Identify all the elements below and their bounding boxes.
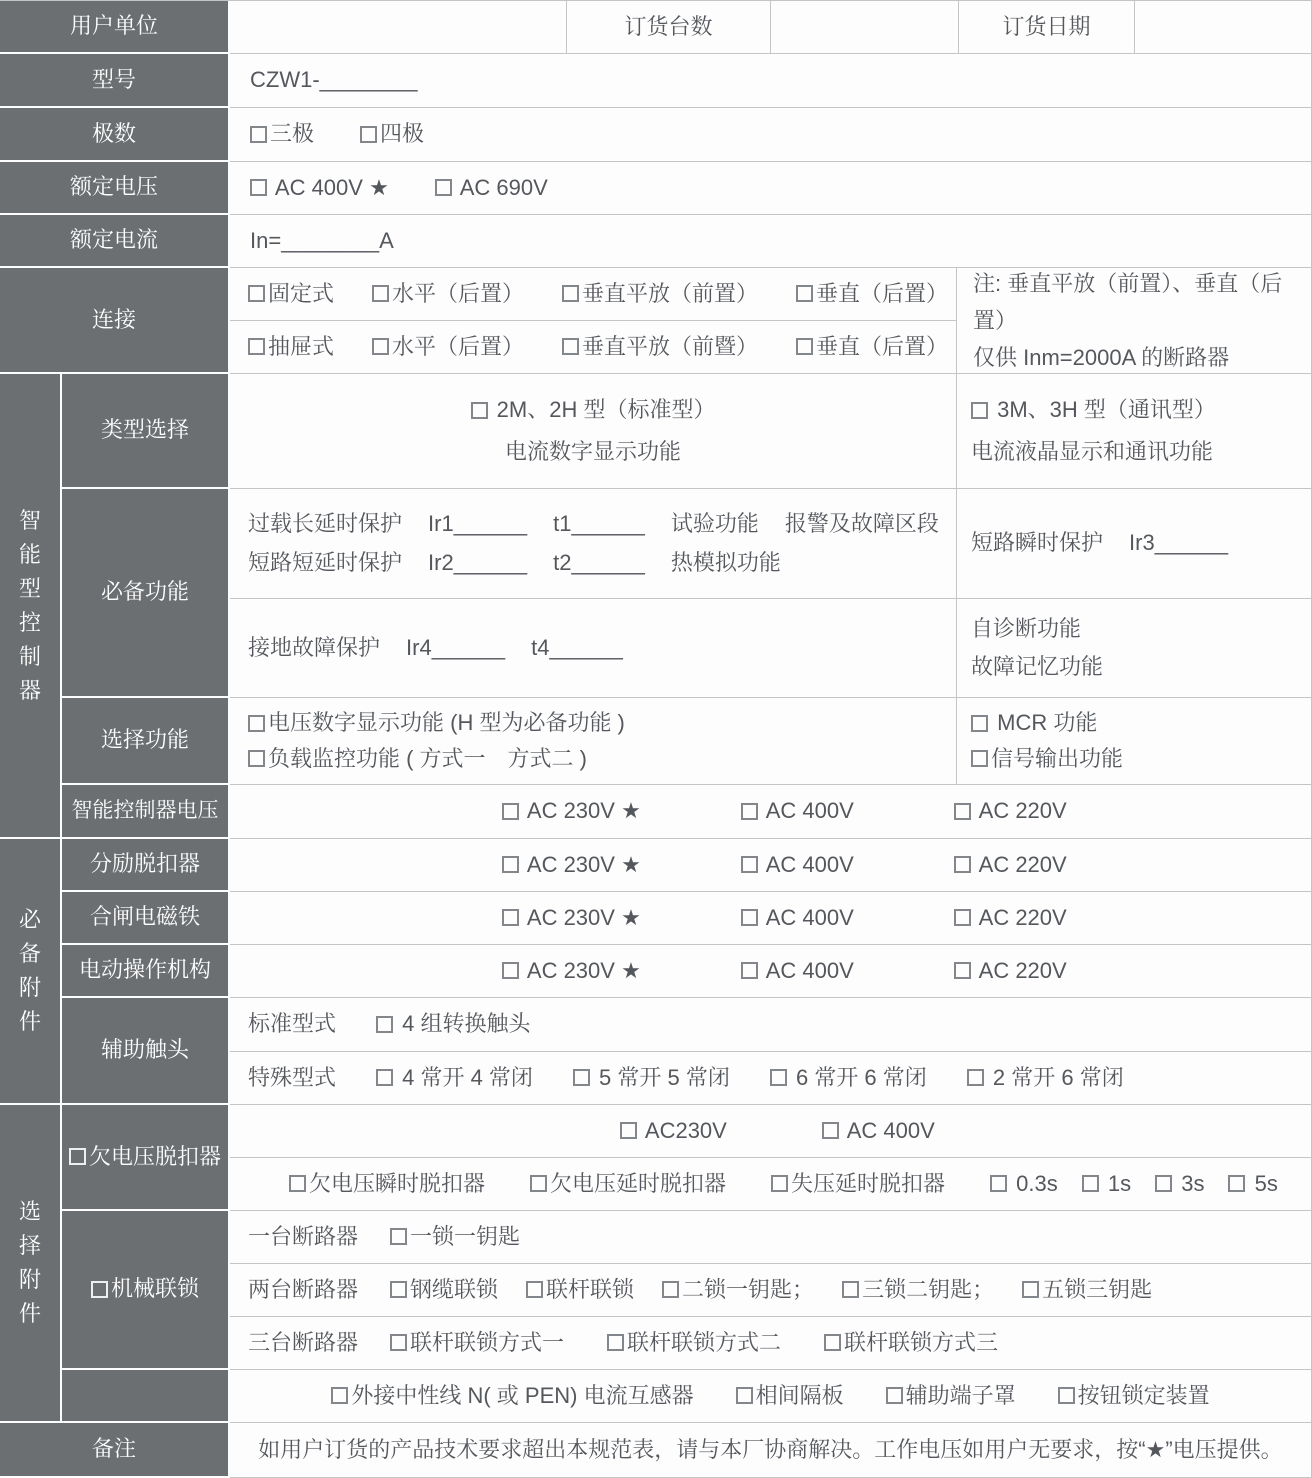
optional-accessories-group-label-text: 选择附件	[18, 1195, 42, 1331]
checkbox-option[interactable]: 外接中性线 N( 或 PEN) 电流互感器	[331, 1381, 693, 1412]
connection-label-text: 连接	[92, 305, 136, 336]
option-label: 按钮锁定装置	[1078, 1381, 1210, 1412]
option-label: 垂直（后置）	[816, 332, 948, 363]
rated-current-label: 额定电流	[0, 215, 230, 268]
option-label: AC 220V	[974, 903, 1067, 934]
connection-note: 注: 垂直平放（前置）、垂直（后置） 仅供 Inm=2000A 的断路器	[957, 268, 1312, 374]
checkbox-option[interactable]: AC 400V	[741, 903, 854, 934]
order-qty-label-text: 订货台数	[624, 12, 712, 43]
text-segment: 接地故障保护	[248, 633, 380, 664]
type-comm-cell: 3M、3H 型（通讯型） 电流液晶显示和通讯功能	[957, 374, 1312, 489]
checkbox-icon[interactable]	[822, 1122, 839, 1139]
option-label: 欠电压瞬时脱扣器	[309, 1169, 485, 1200]
checkbox-icon[interactable]	[736, 1387, 753, 1404]
checkbox-icon[interactable]	[69, 1148, 86, 1165]
checkbox-option[interactable]: AC 220V	[954, 903, 1067, 934]
rated-voltage-label-text: 额定电压	[70, 172, 158, 203]
shunt-release-label-text: 分励脱扣器	[90, 849, 200, 880]
checkbox-option[interactable]: 信号输出功能	[971, 744, 1123, 775]
checkbox-icon[interactable]	[954, 803, 971, 820]
checkbox-icon[interactable]	[372, 285, 389, 302]
misc-accessories-label-empty	[62, 1370, 230, 1423]
checkbox-icon[interactable]	[248, 285, 265, 302]
checkbox-option[interactable]: 欠电压延时脱扣器	[530, 1169, 726, 1200]
checkbox-icon[interactable]	[376, 1016, 393, 1033]
checkbox-option[interactable]: AC 690V	[435, 173, 548, 204]
option-label: 欠电压延时脱扣器	[550, 1169, 726, 1200]
option-label: 4 组转换触头	[396, 1009, 530, 1040]
option-label: 钢缆联锁	[410, 1275, 498, 1306]
option-label: 二锁一钥匙；	[682, 1275, 814, 1306]
option-label: AC 230V ★	[522, 796, 641, 827]
option-label: 辅助端子罩	[906, 1381, 1016, 1412]
checkbox-option[interactable]: 垂直平放（前暨）	[562, 332, 758, 363]
motor-operator-row: 电动操作机构 AC 230V ★ AC 400V AC 220V	[62, 945, 1312, 998]
rated-current-value-text[interactable]: In=________A	[250, 226, 394, 257]
checkbox-option[interactable]: 水平（后置）	[372, 332, 524, 363]
option-label: 1s	[1102, 1169, 1131, 1200]
checkbox-icon[interactable]	[971, 402, 988, 419]
option-label: 相间隔板	[756, 1381, 844, 1412]
checkbox-option[interactable]: 负载监控功能 ( 方式一 方式二 )	[248, 744, 587, 775]
mechanical-interlock-rows: 机械联锁 一台断路器 一锁一钥匙 两台断路器 钢缆联锁联杆联锁二锁一钥匙；三锁二…	[62, 1211, 1312, 1370]
rated-voltage-row: 额定电压 AC 400V ★ AC 690V	[0, 162, 1312, 215]
option-label: 垂直平放（前暨）	[582, 332, 758, 363]
option-label: MCR 功能	[991, 708, 1097, 739]
checkbox-icon[interactable]	[562, 285, 579, 302]
interlock-three-options: 联杆联锁方式一联杆联锁方式二联杆联锁方式三	[390, 1328, 998, 1359]
option-label: 失压延时脱扣器	[791, 1169, 945, 1200]
remark-text: 如用户订货的产品技术要求超出本规范表，请与本厂协商解决。工作电压如用户无要求，按…	[258, 1435, 1282, 1466]
checkbox-icon[interactable]	[502, 909, 519, 926]
connection-row: 连接 固定式水平（后置）垂直平放（前置）垂直（后置） 抽屉式水平（后置）垂直平放…	[0, 268, 1312, 374]
aux-contacts-rows: 辅助触头 标准型式 4 组转换触头 特殊型式 4 常开 4 常闭 5 常开 5 …	[62, 998, 1312, 1105]
checkbox-icon[interactable]	[662, 1281, 679, 1298]
option-label: AC 220V	[974, 956, 1067, 987]
instantaneous-protection-cell: 短路瞬时保护Ir3______	[957, 489, 1312, 599]
checkbox-option[interactable]: 四极	[360, 119, 424, 150]
option-label: 四极	[380, 119, 424, 150]
checkbox-option[interactable]: 0.3s	[990, 1169, 1058, 1200]
type-standard-cell: 2M、2H 型（标准型） 电流数字显示功能	[230, 374, 957, 489]
text-segment: Ir2______	[428, 548, 527, 579]
option-label: AC 230V ★	[522, 850, 641, 881]
order-qty-input[interactable]	[771, 1, 959, 54]
option-label: 垂直（后置）	[816, 279, 948, 310]
interlock-three-prefix: 三台断路器	[248, 1328, 358, 1359]
text-segment: Ir1______	[428, 509, 527, 540]
optional-functions-right: MCR 功能信号输出功能	[957, 698, 1312, 785]
checkbox-icon[interactable]	[91, 1281, 108, 1298]
checkbox-icon[interactable]	[289, 1175, 306, 1192]
type-standard-desc: 电流数字显示功能	[505, 431, 681, 473]
checkbox-icon[interactable]	[796, 285, 813, 302]
smart-controller-group: 智能型控制器 类型选择 2M、2H 型（标准型） 电流数字显示功能 3M、3H …	[0, 374, 1312, 839]
option-label: 信号输出功能	[991, 744, 1123, 775]
checkbox-option[interactable]: 5s	[1228, 1169, 1277, 1200]
checkbox-icon[interactable]	[502, 803, 519, 820]
connection-drawout-options: 抽屉式水平（后置）垂直平放（前暨）垂直（后置）	[230, 321, 957, 374]
required-accessories-group: 必备附件 分励脱扣器 AC 230V ★ AC 400V AC 220V 合闸电…	[0, 839, 1312, 1105]
option-label: 联杆联锁方式三	[844, 1328, 998, 1359]
required-accessories-group-label: 必备附件	[0, 839, 62, 1105]
option-label: 0.3s	[1010, 1169, 1058, 1200]
checkbox-icon[interactable]	[741, 803, 758, 820]
user-unit-label-text: 用户单位	[70, 11, 158, 42]
connection-fixed-options: 固定式水平（后置）垂直平放（前置）垂直（后置）	[230, 268, 957, 321]
optional-functions-label: 选择功能	[62, 698, 230, 785]
option-label: 4 常开 4 常闭	[396, 1063, 533, 1094]
checkbox-option[interactable]: 4 常开 4 常闭	[376, 1063, 533, 1094]
checkbox-icon[interactable]	[771, 1175, 788, 1192]
required-functions-label-text: 必备功能	[101, 577, 189, 608]
short-delay-line: 短路短延时保护Ir2______t2______热模拟功能	[248, 548, 781, 579]
checkbox-icon[interactable]	[248, 715, 265, 732]
model-value[interactable]: CZW1-________	[230, 54, 1312, 108]
option-label: 5s	[1248, 1169, 1277, 1200]
checkbox-option[interactable]: 联杆联锁方式二	[607, 1328, 781, 1359]
poles-row: 极数 三极四极	[0, 108, 1312, 162]
option-label: 欠电压脱扣器	[89, 1142, 221, 1173]
checkbox-icon[interactable]	[573, 1069, 590, 1086]
self-diagnosis-text: 自诊断功能	[971, 610, 1081, 648]
checkbox-icon[interactable]	[741, 909, 758, 926]
model-label-text: 型号	[92, 65, 136, 96]
checkbox-option[interactable]: 相间隔板	[736, 1381, 844, 1412]
checkbox-option[interactable]: 6 常开 6 常闭	[770, 1063, 927, 1094]
checkbox-icon[interactable]	[954, 909, 971, 926]
checkbox-option[interactable]: 失压延时脱扣器	[771, 1169, 945, 1200]
checkbox-icon[interactable]	[1082, 1175, 1099, 1192]
model-value-text[interactable]: CZW1-________	[250, 65, 418, 96]
checkbox-icon[interactable]	[1228, 1175, 1245, 1192]
checkbox-icon[interactable]	[971, 750, 988, 767]
checkbox-option[interactable]: AC 400V	[741, 956, 854, 987]
motor-operator-label: 电动操作机构	[62, 945, 230, 998]
checkbox-option[interactable]: 欠电压脱扣器	[69, 1142, 221, 1173]
checkbox-option[interactable]: 一锁一钥匙	[390, 1222, 520, 1253]
poles-label: 极数	[0, 108, 230, 162]
checkbox-option[interactable]: AC 400V	[741, 796, 854, 827]
checkbox-icon[interactable]	[1022, 1281, 1039, 1298]
closing-coil-options: AC 230V ★ AC 400V AC 220V	[230, 892, 1312, 945]
misc-accessories-row: 外接中性线 N( 或 PEN) 电流互感器相间隔板辅助端子罩按钮锁定装置	[62, 1370, 1312, 1423]
closing-coil-label: 合闸电磁铁	[62, 892, 230, 945]
controller-voltage-row: 智能控制器电压 AC 230V ★ AC 400V AC 220V	[62, 785, 1312, 839]
checkbox-option[interactable]: 抽屉式	[248, 332, 334, 363]
aux-standard-row: 标准型式 4 组转换触头	[230, 998, 1312, 1052]
overload-line: 过载长延时保护Ir1______t1______试验功能报警及故障区段	[248, 509, 939, 540]
checkbox-icon[interactable]	[954, 962, 971, 979]
checkbox-option[interactable]: 联杆联锁方式一	[390, 1328, 564, 1359]
motor-operator-options: AC 230V ★ AC 400V AC 220V	[230, 945, 1312, 998]
option-label: 2M、2H 型（标准型）	[491, 389, 716, 431]
option-label: AC 690V	[455, 173, 548, 204]
interlock-one-options: 一锁一钥匙	[390, 1222, 520, 1253]
checkbox-icon[interactable]	[620, 1122, 637, 1139]
checkbox-option[interactable]: 电压数字显示功能 (H 型为必备功能 )	[248, 708, 625, 739]
text-segment: Ir3______	[1129, 528, 1228, 559]
required-functions-label: 必备功能	[62, 489, 230, 698]
checkbox-option[interactable]: 垂直（后置）	[796, 279, 948, 310]
checkbox-icon[interactable]	[1155, 1175, 1172, 1192]
connection-note-line1: 注: 垂直平放（前置）、垂直（后置）	[973, 265, 1311, 339]
smart-controller-group-label: 智能型控制器	[0, 374, 62, 839]
checkbox-icon[interactable]	[967, 1069, 984, 1086]
aux-special-prefix: 特殊型式	[248, 1063, 336, 1094]
type-select-label-text: 类型选择	[101, 415, 189, 446]
checkbox-icon[interactable]	[741, 962, 758, 979]
checkbox-option[interactable]: 五锁三钥匙	[1022, 1275, 1152, 1306]
checkbox-option[interactable]: AC 220V	[954, 796, 1067, 827]
required-functions-rows: 必备功能 过载长延时保护Ir1______t1______试验功能报警及故障区段…	[62, 489, 1312, 698]
undervoltage-release-label: 欠电压脱扣器	[62, 1105, 230, 1211]
checkbox-icon[interactable]	[390, 1228, 407, 1245]
order-form-table: 用户单位 订货台数 订货日期 型号 CZW1-________ 极数 三极四极 …	[0, 0, 1312, 1478]
aux-contacts-label-text: 辅助触头	[101, 1035, 189, 1066]
checkbox-icon[interactable]	[331, 1387, 348, 1404]
checkbox-option[interactable]: 垂直平放（前置）	[562, 279, 758, 310]
optional-functions-left: 电压数字显示功能 (H 型为必备功能 )负载监控功能 ( 方式一 方式二 )	[230, 698, 957, 785]
checkbox-option[interactable]: 3s	[1155, 1169, 1204, 1200]
text-segment: 报警及故障区段	[785, 509, 939, 540]
checkbox-icon[interactable]	[796, 338, 813, 355]
remark-cell: 如用户订货的产品技术要求超出本规范表，请与本厂协商解决。工作电压如用户无要求，按…	[230, 1423, 1312, 1478]
connection-label: 连接	[0, 268, 230, 374]
checkbox-icon[interactable]	[824, 1334, 841, 1351]
checkbox-option[interactable]: AC 400V	[741, 850, 854, 881]
option-label: 外接中性线 N( 或 PEN) 电流互感器	[351, 1381, 693, 1412]
checkbox-icon[interactable]	[526, 1281, 543, 1298]
rated-current-row: 额定电流 In=________A	[0, 215, 1312, 268]
option-label: 联杆联锁方式一	[410, 1328, 564, 1359]
text-segment: t4______	[531, 633, 623, 664]
checkbox-option[interactable]: 三锁二钥匙；	[842, 1275, 994, 1306]
option-label: AC 400V	[761, 796, 854, 827]
model-label: 型号	[0, 54, 230, 108]
option-label: 三锁二钥匙；	[862, 1275, 994, 1306]
checkbox-option[interactable]: AC 230V ★	[502, 956, 641, 987]
checkbox-icon[interactable]	[502, 856, 519, 873]
checkbox-option[interactable]: AC 220V	[954, 850, 1067, 881]
text-segment: 短路短延时保护	[248, 548, 402, 579]
option-label: 机械联锁	[111, 1274, 199, 1305]
aux-special-options: 4 常开 4 常闭 5 常开 5 常闭 6 常开 6 常闭 2 常开 6 常闭	[376, 1063, 1124, 1094]
option-label: AC 230V ★	[522, 903, 641, 934]
poles-label-text: 极数	[92, 119, 136, 150]
text-segment: t2______	[553, 548, 645, 579]
checkbox-icon[interactable]	[530, 1175, 547, 1192]
checkbox-icon[interactable]	[471, 402, 488, 419]
aux-special-row: 特殊型式 4 常开 4 常闭 5 常开 5 常闭 6 常开 6 常闭 2 常开 …	[230, 1052, 1312, 1105]
option-label: 水平（后置）	[392, 332, 524, 363]
checkbox-option[interactable]: 水平（后置）	[372, 279, 524, 310]
checkbox-icon[interactable]	[360, 126, 377, 143]
aux-contacts-label: 辅助触头	[62, 998, 230, 1105]
checkbox-option[interactable]: AC 230V ★	[502, 796, 641, 827]
connection-note-line2: 仅供 Inm=2000A 的断路器	[973, 339, 1229, 376]
checkbox-option[interactable]: 联杆联锁	[526, 1275, 634, 1306]
checkbox-icon[interactable]	[886, 1387, 903, 1404]
checkbox-option[interactable]: 钢缆联锁	[390, 1275, 498, 1306]
checkbox-icon[interactable]	[842, 1281, 859, 1298]
checkbox-option[interactable]: AC 230V ★	[502, 850, 641, 881]
checkbox-option[interactable]: MCR 功能	[971, 708, 1097, 739]
checkbox-option[interactable]: 按钮锁定装置	[1058, 1381, 1210, 1412]
checkbox-icon[interactable]	[390, 1334, 407, 1351]
rated-current-value[interactable]: In=________A	[230, 215, 1312, 268]
option-label: 五锁三钥匙	[1042, 1275, 1152, 1306]
option-label: 联杆联锁	[546, 1275, 634, 1306]
checkbox-option[interactable]: AC 230V ★	[502, 903, 641, 934]
checkbox-icon[interactable]	[954, 856, 971, 873]
checkbox-option[interactable]: 固定式	[248, 279, 334, 310]
option-label: AC 400V	[761, 956, 854, 987]
controller-voltage-label: 智能控制器电压	[62, 785, 230, 839]
text-segment: 试验功能	[671, 509, 759, 540]
interlock-two-prefix: 两台断路器	[248, 1275, 358, 1306]
checkbox-icon[interactable]	[248, 338, 265, 355]
fault-memory-text: 故障记忆功能	[971, 648, 1103, 686]
checkbox-option[interactable]: AC 220V	[954, 956, 1067, 987]
option-label: 6 常开 6 常闭	[790, 1063, 927, 1094]
shunt-release-label: 分励脱扣器	[62, 839, 230, 892]
option-label: 联杆联锁方式二	[627, 1328, 781, 1359]
poles-options: 三极四极	[230, 108, 1312, 162]
shunt-release-options: AC 230V ★ AC 400V AC 220V	[230, 839, 1312, 892]
checkbox-icon[interactable]	[376, 1069, 393, 1086]
rated-voltage-options: AC 400V ★ AC 690V	[230, 162, 1312, 215]
checkbox-icon[interactable]	[372, 338, 389, 355]
option-label: AC 230V ★	[522, 956, 641, 987]
option-label: 3s	[1175, 1169, 1204, 1200]
checkbox-icon[interactable]	[250, 179, 267, 196]
interlock-three-row: 三台断路器 联杆联锁方式一联杆联锁方式二联杆联锁方式三	[230, 1317, 1312, 1370]
interlock-two-options: 钢缆联锁联杆联锁二锁一钥匙；三锁二钥匙；五锁三钥匙	[390, 1275, 1152, 1306]
option-label: AC 220V	[974, 850, 1067, 881]
undervoltage-type-row: 欠电压瞬时脱扣器欠电压延时脱扣器失压延时脱扣器 0.3s 1s 3s 5s	[230, 1158, 1312, 1211]
required-accessories-group-label-text: 必备附件	[18, 903, 42, 1039]
option-label: AC 400V	[842, 1116, 935, 1147]
option-label: 抽屉式	[268, 332, 334, 363]
optional-accessories-group: 选择附件 欠电压脱扣器 AC230V AC 400V 欠电压瞬时脱扣器欠电压延时…	[0, 1105, 1312, 1423]
checkbox-option[interactable]: AC230V	[620, 1116, 727, 1147]
checkbox-icon[interactable]	[248, 750, 265, 767]
undervoltage-release-rows: 欠电压脱扣器 AC230V AC 400V 欠电压瞬时脱扣器欠电压延时脱扣器失压…	[62, 1105, 1312, 1211]
shunt-release-row: 分励脱扣器 AC 230V ★ AC 400V AC 220V	[62, 839, 1312, 892]
motor-operator-label-text: 电动操作机构	[79, 955, 211, 986]
text-segment: 热模拟功能	[671, 548, 781, 579]
checkbox-icon[interactable]	[390, 1281, 407, 1298]
checkbox-icon[interactable]	[1058, 1387, 1075, 1404]
checkbox-option[interactable]: 5 常开 5 常闭	[573, 1063, 730, 1094]
checkbox-icon[interactable]	[435, 179, 452, 196]
option-label: AC 220V	[974, 796, 1067, 827]
user-unit-label: 用户单位	[0, 1, 230, 54]
remark-label: 备注	[0, 1423, 230, 1478]
checkbox-option[interactable]: 二锁一钥匙；	[662, 1275, 814, 1306]
checkbox-option[interactable]: 三极	[250, 119, 314, 150]
checkbox-icon[interactable]	[990, 1175, 1007, 1192]
option-label: 3M、3H 型（通讯型）	[991, 389, 1216, 431]
smart-controller-group-label-text: 智能型控制器	[18, 504, 42, 708]
checkbox-icon[interactable]	[741, 856, 758, 873]
rated-current-label-text: 额定电流	[70, 225, 158, 256]
option-label: 电压数字显示功能 (H 型为必备功能 )	[268, 708, 625, 739]
checkbox-option[interactable]: AC 400V ★	[250, 173, 389, 204]
undervoltage-time-options: 0.3s 1s 3s 5s	[990, 1169, 1278, 1200]
option-label: 水平（后置）	[392, 279, 524, 310]
checkbox-option[interactable]: 2 常开 6 常闭	[967, 1063, 1124, 1094]
checkbox-option[interactable]: 1s	[1082, 1169, 1131, 1200]
interlock-two-row: 两台断路器 钢缆联锁联杆联锁二锁一钥匙；三锁二钥匙；五锁三钥匙	[230, 1264, 1312, 1317]
checkbox-option[interactable]: AC 400V	[822, 1116, 935, 1147]
type-select-label: 类型选择	[62, 374, 230, 489]
optional-functions-row: 选择功能 电压数字显示功能 (H 型为必备功能 )负载监控功能 ( 方式一 方式…	[62, 698, 1312, 785]
option-label: 5 常开 5 常闭	[593, 1063, 730, 1094]
type-select-row: 类型选择 2M、2H 型（标准型） 电流数字显示功能 3M、3H 型（通讯型） …	[62, 374, 1312, 489]
checkbox-option[interactable]: 垂直（后置）	[796, 332, 948, 363]
option-label: AC 400V	[761, 850, 854, 881]
option-label: 三极	[270, 119, 314, 150]
option-label: 垂直平放（前置）	[582, 279, 758, 310]
closing-coil-row: 合闸电磁铁 AC 230V ★ AC 400V AC 220V	[62, 892, 1312, 945]
text-segment: 过载长延时保护	[248, 509, 402, 540]
order-date-label-text: 订货日期	[1002, 12, 1090, 43]
checkbox-icon[interactable]	[250, 126, 267, 143]
interlock-one-prefix: 一台断路器	[248, 1222, 358, 1253]
overload-protection-cell: 过载长延时保护Ir1______t1______试验功能报警及故障区段 短路短延…	[230, 489, 957, 599]
mechanical-interlock-label: 机械联锁	[62, 1211, 230, 1370]
checkbox-option[interactable]: 4 组转换触头	[376, 1009, 530, 1040]
optional-accessories-group-label: 选择附件	[0, 1105, 62, 1423]
model-row: 型号 CZW1-________	[0, 54, 1312, 108]
checkbox-option[interactable]: 机械联锁	[91, 1274, 199, 1305]
checkbox-option[interactable]: 欠电压瞬时脱扣器	[289, 1169, 485, 1200]
option-label: 2 常开 6 常闭	[987, 1063, 1124, 1094]
checkbox-option[interactable]: 联杆联锁方式三	[824, 1328, 998, 1359]
rated-voltage-label: 额定电压	[0, 162, 230, 215]
order-date-input[interactable]	[1135, 1, 1312, 54]
type-standard-option: 2M、2H 型（标准型）	[471, 389, 716, 431]
interlock-one-row: 一台断路器 一锁一钥匙	[230, 1211, 1312, 1264]
option-label: 负载监控功能 ( 方式一 方式二 )	[268, 744, 587, 775]
checkbox-option[interactable]: 2M、2H 型（标准型）	[471, 389, 716, 431]
option-label: AC 400V ★	[270, 173, 389, 204]
misc-accessories-options: 外接中性线 N( 或 PEN) 电流互感器相间隔板辅助端子罩按钮锁定装置	[230, 1370, 1312, 1423]
option-label: 一锁一钥匙	[410, 1222, 520, 1253]
checkbox-icon[interactable]	[607, 1334, 624, 1351]
text-segment: 短路瞬时保护	[971, 528, 1103, 559]
closing-coil-label-text: 合闸电磁铁	[90, 902, 200, 933]
checkbox-option[interactable]: 3M、3H 型（通讯型）	[971, 389, 1216, 431]
checkbox-icon[interactable]	[770, 1069, 787, 1086]
remark-row: 备注 如用户订货的产品技术要求超出本规范表，请与本厂协商解决。工作电压如用户无要…	[0, 1423, 1312, 1478]
remark-label-text: 备注	[92, 1434, 136, 1465]
order-date-label: 订货日期	[959, 1, 1135, 54]
user-unit-input[interactable]	[230, 1, 567, 54]
optional-functions-label-text: 选择功能	[101, 725, 189, 756]
option-label: AC 400V	[761, 903, 854, 934]
checkbox-icon[interactable]	[971, 715, 988, 732]
option-label: 固定式	[268, 279, 334, 310]
checkbox-option[interactable]: 辅助端子罩	[886, 1381, 1016, 1412]
aux-standard-prefix: 标准型式	[248, 1009, 336, 1040]
ground-fault-cell: 接地故障保护Ir4______t4______	[230, 599, 957, 698]
type-comm-desc: 电流液晶显示和通讯功能	[971, 431, 1213, 473]
checkbox-icon[interactable]	[502, 962, 519, 979]
checkbox-icon[interactable]	[562, 338, 579, 355]
